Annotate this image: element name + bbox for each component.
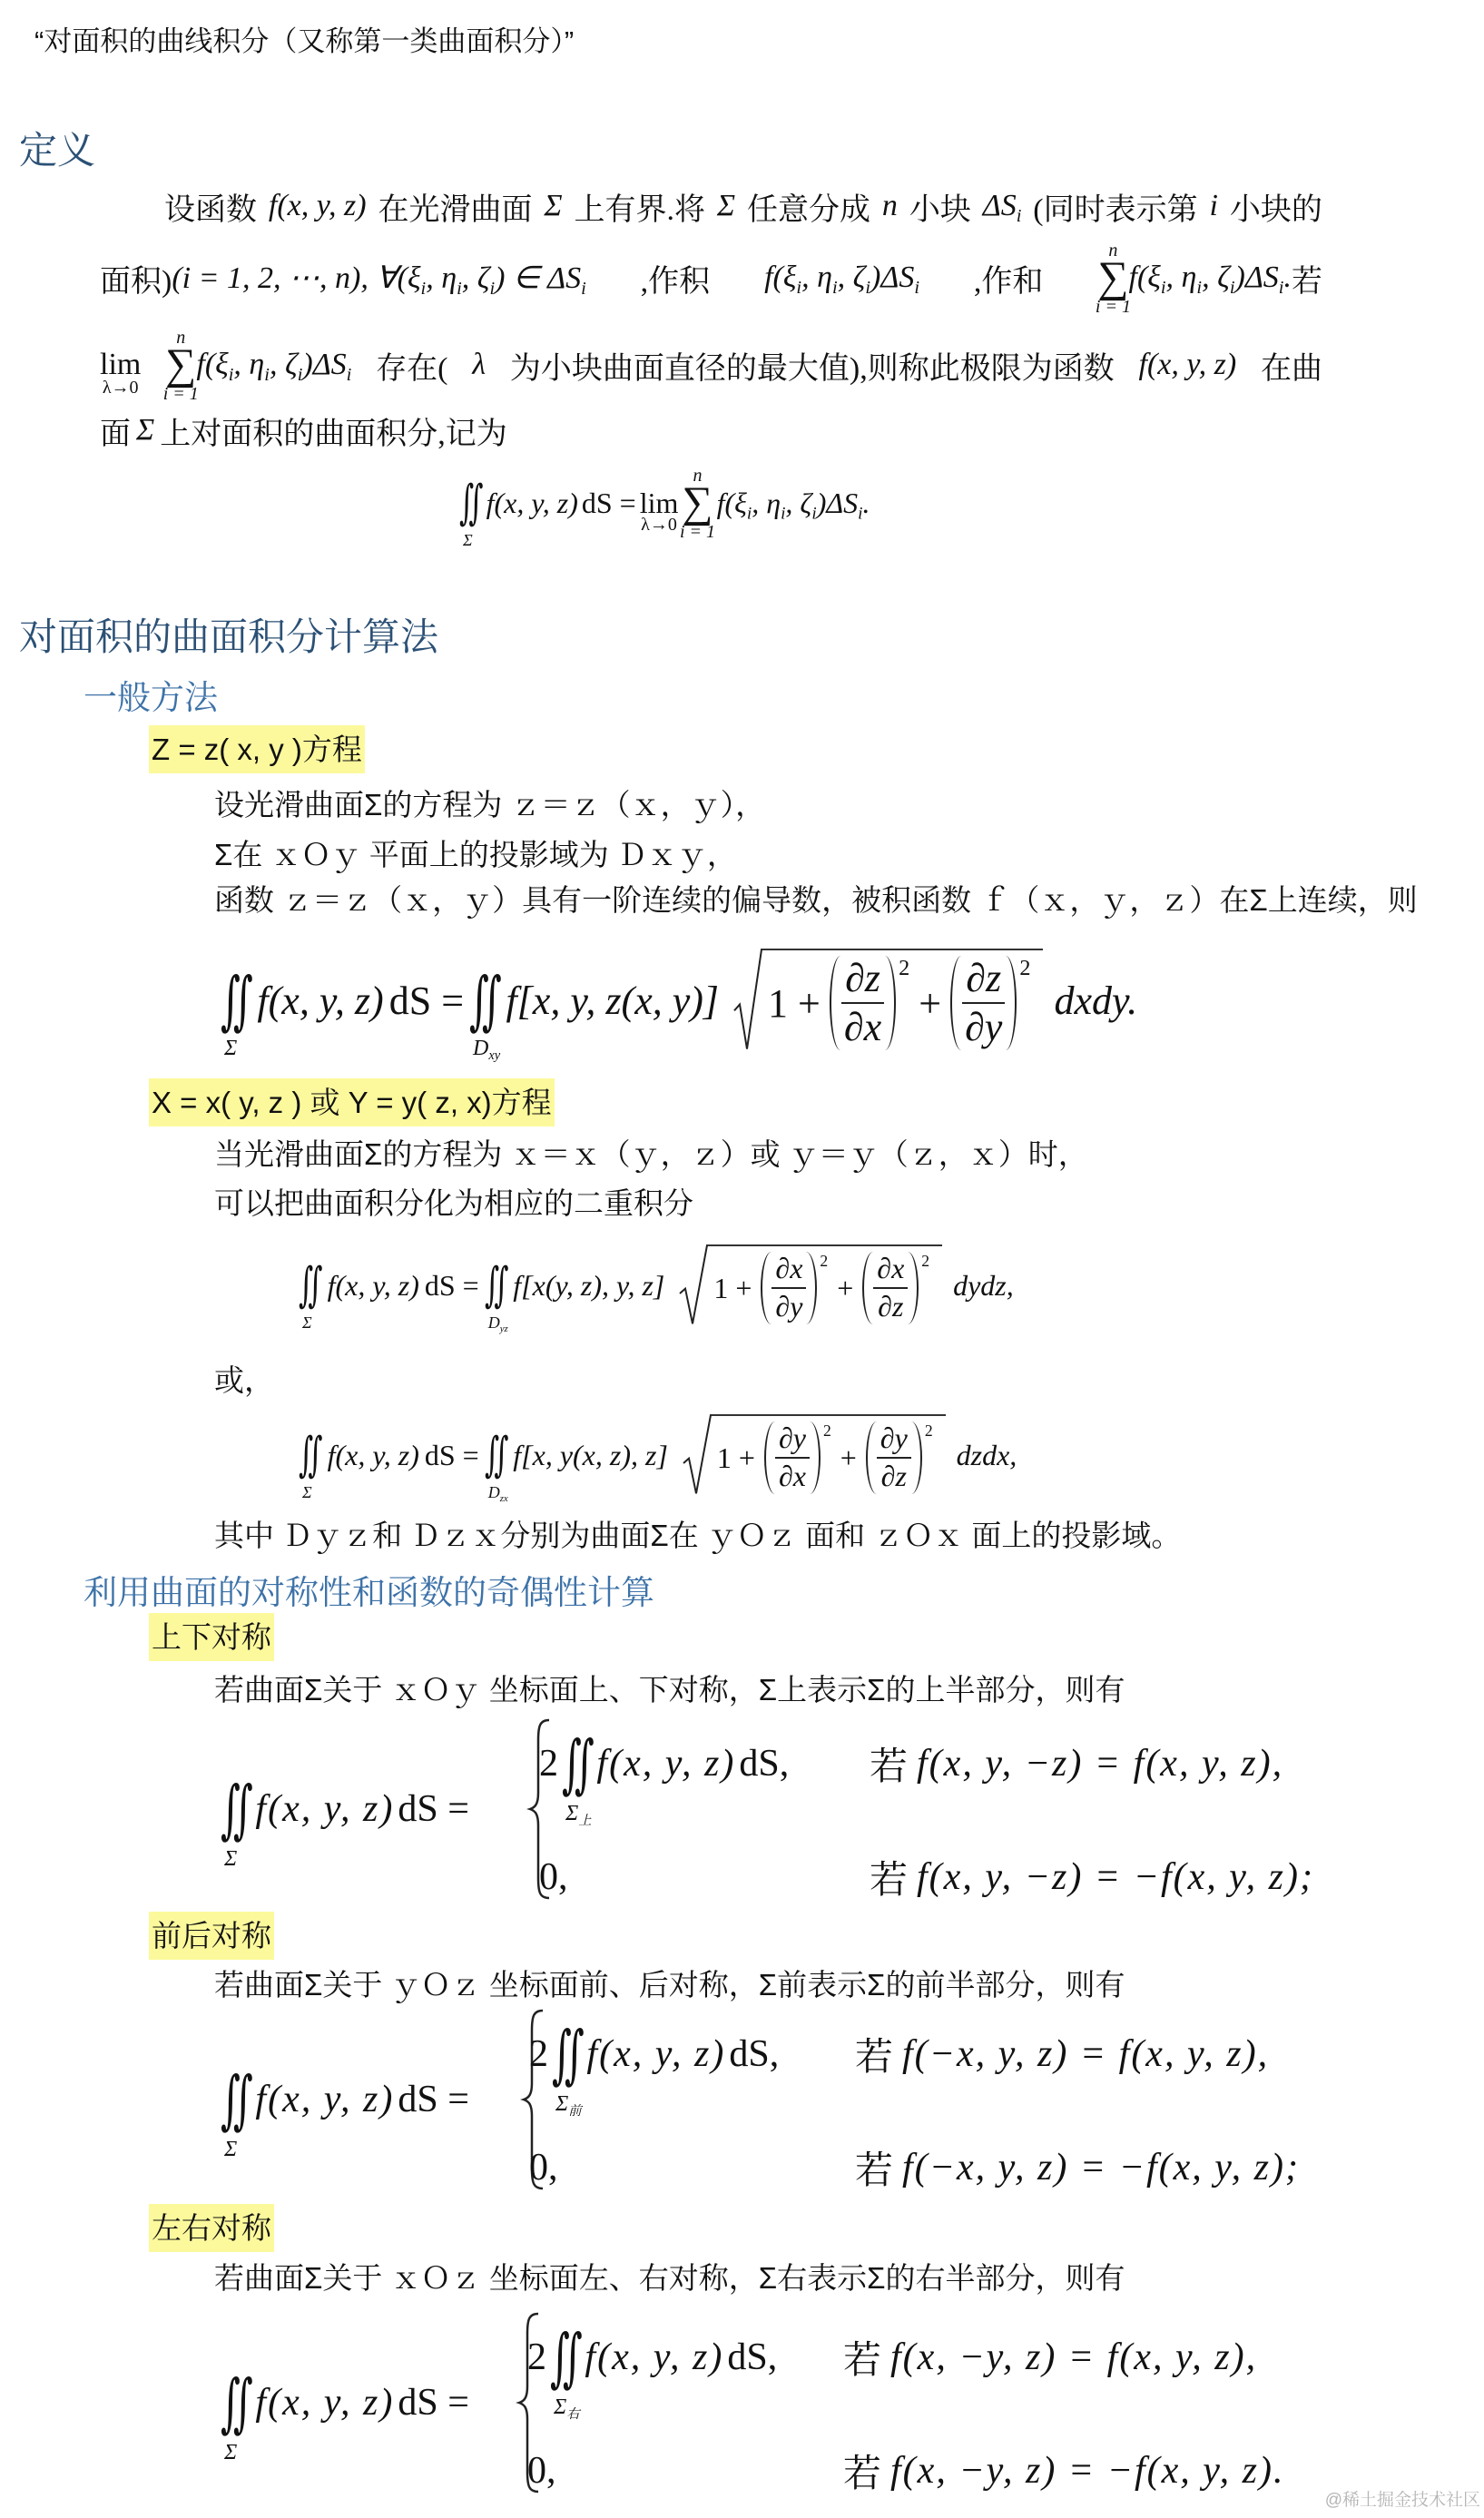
case-row-2-condition: 若 f(x, y, −z) = −f(x, y, z); <box>870 1845 1314 1909</box>
sum-lower-limit: i = 1 <box>1096 298 1131 316</box>
double-integral: ∬ Dzx <box>485 1431 508 1479</box>
fraction: ∂x ∂z <box>873 1254 908 1322</box>
if-word: 若 <box>870 1736 908 1791</box>
formula-zx-projection: ∬ Σ f(x, y, z) dS = ∬ Dzx f[x, y(x, z), … <box>299 1410 1017 1500</box>
if-word: 若 <box>870 1850 908 1904</box>
plus-sign: + <box>919 980 941 1027</box>
math-segment: ΔSi <box>983 189 1022 223</box>
double-integral-symbol: ∬ <box>221 2371 253 2434</box>
integrand: f[x, y, z(x, y)] <box>506 978 719 1024</box>
fraction: ∂z ∂y <box>961 958 1006 1048</box>
denominator: ∂x <box>775 1459 810 1492</box>
double-integral-symbol: ∬ <box>221 1777 253 1841</box>
double-integral-symbol: ∬ <box>469 969 502 1032</box>
subheading-general-method: 一般方法 <box>84 680 218 716</box>
area-element: dzdx, <box>957 1439 1017 1472</box>
limit: lim λ→0 <box>100 349 141 380</box>
denominator: ∂y <box>961 1004 1006 1048</box>
formula-z-case: ∬ Σ f(x, y, z) dS = ∬ Dxy f[x, y, z(x, y… <box>221 937 1137 1064</box>
body-line: 函数 ｚ＝ｚ（ｘ，ｙ）具有一阶连续的偏导数，被积函数 ｆ（ｘ，ｙ，ｚ）在Σ上连续… <box>214 885 1418 916</box>
body-line: 设光滑曲面Σ的方程为 ｚ＝ｚ（ｘ，ｙ）， <box>214 790 765 821</box>
integral-domain: Σ <box>224 2442 237 2464</box>
coefficient: 2 <box>529 2032 548 2076</box>
integral-domain: Σ前 <box>555 2093 582 2115</box>
sum-lower-limit: i = 1 <box>163 385 199 403</box>
double-integral: ∬ Σ <box>221 969 251 1032</box>
condition: f(x, −y, z) = −f(x, y, z). <box>890 2449 1284 2493</box>
condition: f(x, y, −z) = −f(x, y, z); <box>917 1855 1314 1899</box>
summation: ∑ n i = 1 <box>682 481 713 525</box>
sum-lower-limit: i = 1 <box>680 523 715 541</box>
squared-partial-derivative: ∂z ∂x 2 <box>830 956 909 1050</box>
integrand: f(x, y, z) <box>486 487 578 520</box>
case-row-2-value: 0, <box>529 2136 558 2199</box>
definition-line-1: 设函数 f(x, y, z) 在光滑曲面 Σ 上有界.将 Σ 任意分成 n 小块… <box>164 186 1322 226</box>
area-element: dydz, <box>953 1269 1014 1303</box>
differential: dS = <box>425 1439 479 1472</box>
text-segment: 小块 <box>909 184 971 229</box>
denominator: ∂x <box>840 1004 885 1048</box>
condition: f(−x, y, z) = f(x, y, z), <box>902 2032 1269 2076</box>
sum-upper-limit: n <box>176 329 185 347</box>
highlight-label-xy-case: X = x( y, z ) 或 Y = y( z, x)方程 <box>149 1078 555 1126</box>
fraction: ∂x ∂y <box>771 1254 806 1322</box>
definition-line-2: 面积) (i = 1, 2, ⋯, n), ∀(ξi, ηi, ζi) ∈ ΔS… <box>100 258 1322 298</box>
case-row-1-condition: 若 f(−x, y, z) = f(x, y, z), <box>855 2022 1269 2086</box>
numerator: ∂z <box>841 958 884 1004</box>
condition: f(x, y, −z) = f(x, y, z), <box>917 1742 1283 1785</box>
integrand: f(x, y, z) <box>585 2336 723 2379</box>
integral-domain: Σ右 <box>554 2396 580 2418</box>
math-segment: f(x, y, z) <box>269 189 367 223</box>
section-heading-definition: 定义 <box>19 130 95 172</box>
double-integral-symbol: ∬ <box>221 2068 253 2131</box>
case-row-1-value: 2 ∬ Σ上 f(x, y, z) dS, <box>539 1732 789 1795</box>
area-element: dxdy. <box>1054 978 1137 1024</box>
numerator: ∂y <box>775 1423 810 1459</box>
double-integral: ∬ Σ右 <box>550 2326 581 2389</box>
integral-domain: Σ上 <box>565 1803 592 1825</box>
section-heading-method: 对面积的曲面积分计算法 <box>19 616 438 658</box>
squared-partial-derivative: ∂z ∂y 2 <box>950 956 1030 1050</box>
double-integral-symbol: ∬ <box>221 969 253 1032</box>
double-integral: ∬ Σ <box>221 2068 251 2131</box>
highlight-label-up-down-symmetry: 上下对称 <box>149 1613 274 1661</box>
differential: dS, <box>729 2032 779 2076</box>
zero-value: 0, <box>527 2449 556 2493</box>
exponent: 2 <box>899 956 909 981</box>
left-paren <box>862 1252 873 1324</box>
radicand-lead: 1 + <box>717 1441 755 1475</box>
definition-line-4: 面 Σ 上对面积的曲面积分,记为 <box>100 410 507 450</box>
double-integral: ∬ Dyz <box>485 1262 508 1309</box>
formula-yz-projection: ∬ Σ f(x, y, z) dS = ∬ Dyz f[x(y, z), y, … <box>299 1240 1014 1331</box>
symmetry-formula-front-back: ∬ Σ f(x, y, z) dS = 2 ∬ Σ前 f(x, y, z) dS… <box>221 2009 1419 2190</box>
text-segment: 面 <box>100 408 131 453</box>
differential: dS, <box>739 1742 789 1785</box>
differential: dS = <box>425 1269 479 1303</box>
integral-domain: Σ <box>302 1314 312 1331</box>
body-line: 若曲面Σ关于 ｘＯｚ 坐标面左、右对称，Σ右表示Σ的右半部分，则有 <box>214 2263 1125 2294</box>
square-root: 1 + ∂z ∂x 2 + ∂z ∂y <box>733 949 1043 1052</box>
text-segment: 存在( <box>376 343 447 388</box>
exponent: 2 <box>925 1421 933 1441</box>
zero-value: 0, <box>529 2146 558 2189</box>
case-row-2-value: 0, <box>539 1845 568 1909</box>
math-segment: λ <box>472 348 486 382</box>
double-integral-symbol: ∬ <box>299 1262 323 1309</box>
limit-condition: λ→0 <box>641 516 677 534</box>
sum-upper-limit: n <box>693 467 702 485</box>
text-segment: (同时表示第 <box>1033 184 1197 229</box>
text-segment: 面积) <box>100 256 172 300</box>
math-segment: (i = 1, 2, ⋯, n), ∀(ξi, ηi, ζi) ∈ ΔSi <box>172 260 585 296</box>
radicand-lead: 1 + <box>768 980 821 1027</box>
double-integral: ∬ Σ <box>221 1777 251 1841</box>
double-integral-symbol: ∬ <box>552 2022 585 2086</box>
case-row-2-value: 0, <box>527 2439 556 2503</box>
denominator: ∂z <box>874 1289 907 1323</box>
right-paren <box>911 1421 922 1494</box>
text-segment: 为小块曲面直径的最大值),则称此极限为函数 <box>510 343 1115 388</box>
highlight-label-front-back-symmetry: 前后对称 <box>149 1912 274 1960</box>
right-paren <box>908 1252 919 1324</box>
segment-group: ∑ n i = 1 f(ξi, ηi, ζi)ΔSi <box>165 343 351 387</box>
integral-domain: Dxy <box>473 1038 500 1059</box>
double-integral-symbol: ∬ <box>562 1732 595 1795</box>
numerator: ∂x <box>771 1254 806 1289</box>
double-integral-symbol: ∬ <box>550 2326 583 2389</box>
symmetry-formula-left-right: ∬ Σ f(x, y, z) dS = 2 ∬ Σ右 f(x, y, z) dS… <box>221 2312 1419 2493</box>
formula-lhs: ∬ Σ f(x, y, z) dS = <box>221 2371 469 2434</box>
left-paren <box>866 1421 877 1494</box>
zero-value: 0, <box>539 1855 568 1899</box>
coefficient: 2 <box>527 2336 546 2379</box>
text-segment: 上对面积的曲面积分,记为 <box>160 408 507 453</box>
squared-partial-derivative: ∂x ∂z 2 <box>862 1252 929 1324</box>
condition: f(x, −y, z) = f(x, y, z), <box>890 2336 1257 2379</box>
radicand: 1 + ∂z ∂x 2 + ∂z ∂y <box>761 949 1043 1052</box>
text-segment: 任意分成 <box>747 184 870 229</box>
numerator: ∂z <box>962 958 1005 1004</box>
exponent: 2 <box>820 1252 828 1271</box>
radicand-lead: 1 + <box>713 1272 752 1305</box>
limit-condition: λ→0 <box>103 379 139 397</box>
body-line: 当光滑曲面Σ的方程为 ｘ＝ｘ（ｙ，ｚ）或 ｙ＝ｙ（ｚ，ｘ）时， <box>214 1139 1088 1170</box>
fraction: ∂y ∂z <box>877 1423 911 1491</box>
integrand: f(x, y, z) <box>328 1269 419 1303</box>
case-row-2-condition: 若 f(−x, y, z) = −f(x, y, z); <box>855 2136 1300 2199</box>
differential: dS = <box>389 978 464 1024</box>
segment-group: ∑ n i = 1 f(ξi, ηi, ζi)ΔSi. 若 <box>1097 256 1322 300</box>
body-line-or: 或， <box>214 1365 274 1396</box>
formula-lhs: ∬ Σ f(x, y, z) dS = <box>221 2068 469 2131</box>
summation: ∑ n i = 1 <box>165 343 196 387</box>
double-integral: ∬ Σ <box>459 479 483 526</box>
math-segment: n <box>882 189 898 223</box>
differential: dS, <box>727 2336 777 2379</box>
exponent: 2 <box>823 1421 831 1441</box>
math-segment: f(ξi, ηi, ζi)ΔSi <box>764 261 919 295</box>
symmetry-formula-up-down: ∬ Σ f(x, y, z) dS = 2 ∬ Σ上 f(x, y, z) dS… <box>221 1718 1419 1900</box>
text-segment: ,作和 <box>974 256 1044 300</box>
summation: ∑ n i = 1 <box>1097 256 1128 300</box>
right-paren <box>810 1421 821 1494</box>
integral-domain: Σ <box>302 1484 312 1500</box>
double-integral: ∬ Σ上 <box>562 1732 593 1795</box>
document-title: “对面积的曲线积分（又称第一类曲面积分）” <box>34 25 574 58</box>
square-root: 1 + ∂x ∂y 2 + ∂x ∂z <box>679 1244 942 1326</box>
squared-partial-derivative: ∂y ∂z 2 <box>866 1421 933 1494</box>
integral-domain: Σ <box>463 532 473 548</box>
integrand: f(x, y, z) <box>596 1742 735 1785</box>
riemann-sum-term: f(ξi, ηi, ζi)ΔSi. <box>717 487 870 520</box>
body-line-projection-note: 其中 Ｄｙｚ和 Ｄｚｘ分别为曲面Σ在 ｙＯｚ 面和 ｚＯｘ 面上的投影域。 <box>214 1520 1181 1551</box>
radical-sign <box>733 949 762 1052</box>
watermark: @稀土掘金技术社区 <box>1325 2491 1480 2511</box>
differential: dS = <box>398 2078 469 2121</box>
left-paren <box>950 956 961 1050</box>
integrand: f(x, y, z) <box>257 978 383 1024</box>
lim-word: lim <box>100 348 141 381</box>
body-line: 若曲面Σ关于 ｘＯｙ 坐标面上、下对称，Σ上表示Σ的上半部分，则有 <box>214 1675 1125 1706</box>
numerator: ∂x <box>873 1254 908 1289</box>
integrand: f[x, y(x, z), z] <box>513 1439 668 1472</box>
text-segment: ,作积 <box>641 256 711 300</box>
double-integral: ∬ Σ前 <box>552 2022 583 2086</box>
case-row-1-condition: 若 f(x, −y, z) = f(x, y, z), <box>843 2326 1257 2389</box>
coefficient: 2 <box>539 1742 558 1785</box>
integral-domain: Σ <box>224 1038 237 1059</box>
integral-domain: Dyz <box>488 1314 508 1331</box>
if-word: 若 <box>855 2027 893 2081</box>
definition-formula: ∬ Σ f(x, y, z) dS = lim λ→0 ∑ n i = 1 f(… <box>459 483 870 523</box>
integral-domain: Σ <box>224 1848 237 1870</box>
if-word: 若 <box>843 2330 881 2385</box>
subheading-symmetry: 利用曲面的对称性和函数的奇偶性计算 <box>84 1575 654 1611</box>
integrand: f(x, y, z) <box>255 2078 394 2121</box>
body-line: Σ在 ｘＯｙ 平面上的投影域为 Ｄｘｙ， <box>214 840 737 870</box>
if-word: 若 <box>855 2140 893 2195</box>
exponent: 2 <box>921 1252 929 1271</box>
radicand: 1 + ∂y ∂x 2 + ∂y ∂z <box>710 1414 946 1496</box>
document-page: “对面积的曲线积分（又称第一类曲面积分）” 定义 设函数 f(x, y, z) … <box>0 0 1484 2518</box>
math-segment: Σ <box>136 413 154 448</box>
right-paren <box>1006 956 1017 1050</box>
double-integral-symbol: ∬ <box>485 1262 509 1309</box>
math-segment: f(ξi, ηi, ζi)ΔSi. <box>1129 261 1292 295</box>
double-integral-symbol: ∬ <box>299 1431 323 1479</box>
body-line: 若曲面Σ关于 ｙＯｚ 坐标面前、后对称，Σ前表示Σ的前半部分，则有 <box>214 1970 1125 2001</box>
math-segment: i <box>1210 189 1218 223</box>
square-root: 1 + ∂y ∂x 2 + ∂y ∂z <box>683 1414 946 1496</box>
math-segment: Σ <box>717 189 735 223</box>
fraction: ∂z ∂x <box>840 958 885 1048</box>
differential: dS = <box>582 487 636 520</box>
radicand: 1 + ∂x ∂y 2 + ∂x ∂z <box>706 1244 942 1326</box>
differential: dS = <box>398 2381 469 2425</box>
double-integral-symbol: ∬ <box>485 1431 509 1479</box>
differential: dS = <box>398 1787 469 1831</box>
denominator: ∂z <box>878 1459 910 1492</box>
case-row-1-value: 2 ∬ Σ右 f(x, y, z) dS, <box>527 2326 777 2389</box>
case-row-1-value: 2 ∬ Σ前 f(x, y, z) dS, <box>529 2022 779 2086</box>
double-integral: ∬ Σ <box>221 2371 251 2434</box>
math-segment: f(ξi, ηi, ζi)ΔSi <box>196 348 351 382</box>
segment-group: 面积) (i = 1, 2, ⋯, n), ∀(ξi, ηi, ζi) ∈ ΔS… <box>100 256 586 300</box>
case-row-2-condition: 若 f(x, −y, z) = −f(x, y, z). <box>843 2439 1284 2503</box>
limit: lim λ→0 <box>640 488 679 517</box>
double-integral: ∬ Σ <box>299 1262 322 1309</box>
integral-domain: Dzx <box>488 1484 508 1500</box>
highlight-label-z-case: Z = z( x, y )方程 <box>149 725 365 773</box>
text-segment: 设函数 <box>164 184 257 229</box>
case-row-1-condition: 若 f(x, y, −z) = f(x, y, z), <box>870 1732 1283 1795</box>
if-word: 若 <box>843 2444 881 2498</box>
numerator: ∂y <box>877 1423 911 1459</box>
left-paren <box>764 1421 775 1494</box>
double-integral: ∬ Dxy <box>469 969 500 1032</box>
integrand: f(x, y, z) <box>255 1787 394 1831</box>
integrand: f(x, y, z) <box>255 2381 394 2425</box>
plus-sign: + <box>837 1272 853 1305</box>
integrand: f(x, y, z) <box>328 1439 419 1472</box>
right-paren <box>806 1252 817 1324</box>
math-segment: Σ <box>544 189 562 223</box>
double-integral: ∬ Σ <box>299 1431 322 1479</box>
highlight-label-left-right-symmetry: 左右对称 <box>149 2204 274 2252</box>
left-paren <box>761 1252 771 1324</box>
squared-partial-derivative: ∂y ∂x 2 <box>764 1421 831 1494</box>
radical-sign <box>683 1414 712 1496</box>
formula-lhs: ∬ Σ f(x, y, z) dS = <box>221 1777 469 1841</box>
integral-domain: Σ <box>224 2139 237 2160</box>
exponent: 2 <box>1019 956 1030 981</box>
fraction: ∂y ∂x <box>775 1423 810 1491</box>
double-integral-symbol: ∬ <box>459 479 484 526</box>
denominator: ∂y <box>771 1289 806 1323</box>
left-paren <box>830 956 840 1050</box>
squared-partial-derivative: ∂x ∂y 2 <box>761 1252 828 1324</box>
sum-upper-limit: n <box>1108 241 1117 260</box>
condition: f(−x, y, z) = −f(x, y, z); <box>902 2146 1300 2189</box>
body-line: 可以把曲面积分化为相应的二重积分 <box>214 1188 693 1219</box>
text-segment: 上有界.将 <box>574 184 705 229</box>
math-segment: f(x, y, z) <box>1139 348 1237 382</box>
integrand: f(x, y, z) <box>586 2032 725 2076</box>
text-segment: 小块的 <box>1230 184 1322 229</box>
text-segment: 在光滑曲面 <box>378 184 532 229</box>
integrand: f[x(y, z), y, z] <box>513 1269 664 1303</box>
radical-sign <box>679 1244 708 1326</box>
plus-sign: + <box>840 1441 857 1475</box>
text-segment: 在曲 <box>1261 343 1322 388</box>
right-paren <box>885 956 896 1050</box>
text-segment: 若 <box>1292 256 1322 300</box>
definition-line-3: lim λ→0 ∑ n i = 1 f(ξi, ηi, ζi)ΔSi 存在( λ… <box>100 345 1322 385</box>
